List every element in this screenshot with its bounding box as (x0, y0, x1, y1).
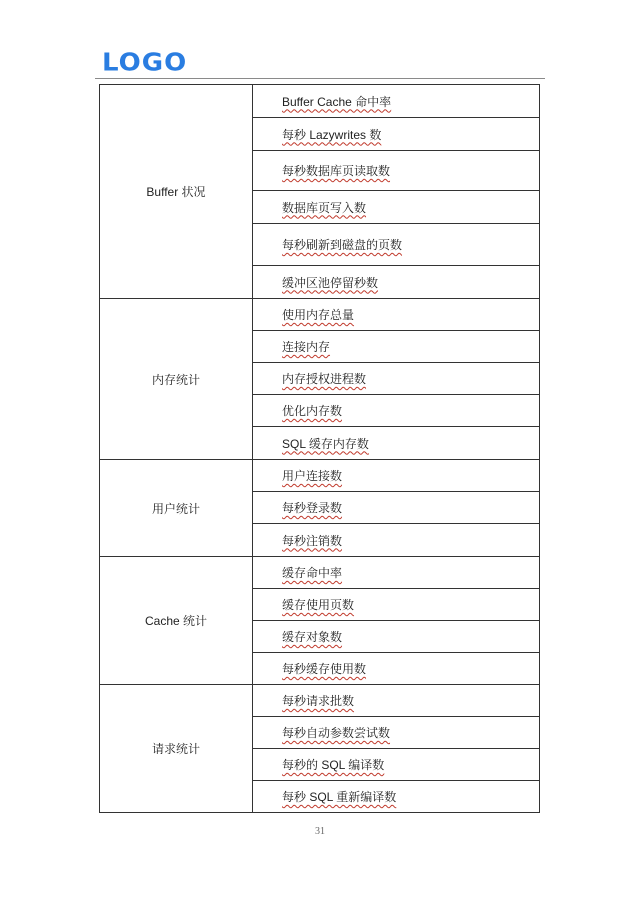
metric-cell: 优化内存数 (253, 395, 540, 427)
metric-cell: 每秒登录数 (253, 492, 540, 524)
metric-cell: SQL 缓存内存数 (253, 427, 540, 460)
category-label: 请求统计 (152, 740, 200, 757)
metric-cell: 每秒 SQL 重新编译数 (253, 781, 540, 813)
metric-cell: 使用内存总量 (253, 299, 540, 331)
metric-label: 每秒刷新到磁盘的页数 (282, 238, 402, 252)
logo: LOGO (102, 51, 187, 76)
metric-label: 每秒 SQL 重新编译数 (282, 790, 396, 804)
table-row: Buffer 状况Buffer Cache 命中率 (100, 85, 540, 118)
metric-cell: 缓存命中率 (253, 557, 540, 589)
metric-cell: 用户连接数 (253, 460, 540, 492)
metric-cell: 数据库页写入数 (253, 191, 540, 224)
metric-cell: Buffer Cache 命中率 (253, 85, 540, 118)
page-number: 31 (0, 826, 640, 837)
table-row: Cache 统计缓存命中率 (100, 557, 540, 589)
category-cell: Cache 统计 (100, 557, 253, 685)
metric-cell: 缓存使用页数 (253, 589, 540, 621)
metric-label: 缓存对象数 (282, 630, 342, 644)
header-divider (95, 78, 545, 79)
metric-cell: 每秒自动参数尝试数 (253, 717, 540, 749)
metric-label: 每秒登录数 (282, 501, 342, 515)
metric-cell: 每秒注销数 (253, 524, 540, 557)
metric-label: 每秒数据库页读取数 (282, 164, 390, 178)
metric-label: 缓存命中率 (282, 566, 342, 580)
metric-label: 每秒请求批数 (282, 694, 354, 708)
metric-cell: 连接内存 (253, 331, 540, 363)
metric-label: 每秒注销数 (282, 534, 342, 548)
metric-cell: 缓存对象数 (253, 621, 540, 653)
category-cell: Buffer 状况 (100, 85, 253, 299)
category-cell: 内存统计 (100, 299, 253, 460)
metric-label: Buffer Cache 命中率 (282, 95, 391, 109)
category-label: Cache 统计 (145, 612, 207, 629)
metric-cell: 每秒请求批数 (253, 685, 540, 717)
metric-label: 优化内存数 (282, 404, 342, 418)
table-row: 请求统计每秒请求批数 (100, 685, 540, 717)
metric-label: 使用内存总量 (282, 308, 354, 322)
table-row: 内存统计使用内存总量 (100, 299, 540, 331)
performance-metrics-table: Buffer 状况Buffer Cache 命中率每秒 Lazywrites 数… (99, 84, 540, 813)
category-label: 内存统计 (152, 371, 200, 388)
metric-cell: 缓冲区池停留秒数 (253, 266, 540, 299)
metric-cell: 每秒缓存使用数 (253, 653, 540, 685)
category-cell: 用户统计 (100, 460, 253, 557)
table-row: 用户统计用户连接数 (100, 460, 540, 492)
metric-label: 内存授权进程数 (282, 372, 366, 386)
metric-label: 每秒缓存使用数 (282, 662, 366, 676)
metric-label: 缓冲区池停留秒数 (282, 276, 378, 290)
metric-label: SQL 缓存内存数 (282, 437, 369, 451)
metric-label: 连接内存 (282, 340, 330, 354)
category-label: Buffer 状况 (146, 183, 205, 200)
metric-label: 每秒自动参数尝试数 (282, 726, 390, 740)
metric-cell: 每秒刷新到磁盘的页数 (253, 224, 540, 266)
metric-cell: 内存授权进程数 (253, 363, 540, 395)
metric-cell: 每秒 Lazywrites 数 (253, 118, 540, 151)
category-cell: 请求统计 (100, 685, 253, 813)
metric-cell: 每秒的 SQL 编译数 (253, 749, 540, 781)
metric-label: 每秒的 SQL 编译数 (282, 758, 384, 772)
metric-label: 每秒 Lazywrites 数 (282, 128, 381, 142)
metric-label: 用户连接数 (282, 469, 342, 483)
metric-label: 数据库页写入数 (282, 201, 366, 215)
metric-label: 缓存使用页数 (282, 598, 354, 612)
metric-cell: 每秒数据库页读取数 (253, 151, 540, 191)
category-label: 用户统计 (152, 500, 200, 517)
